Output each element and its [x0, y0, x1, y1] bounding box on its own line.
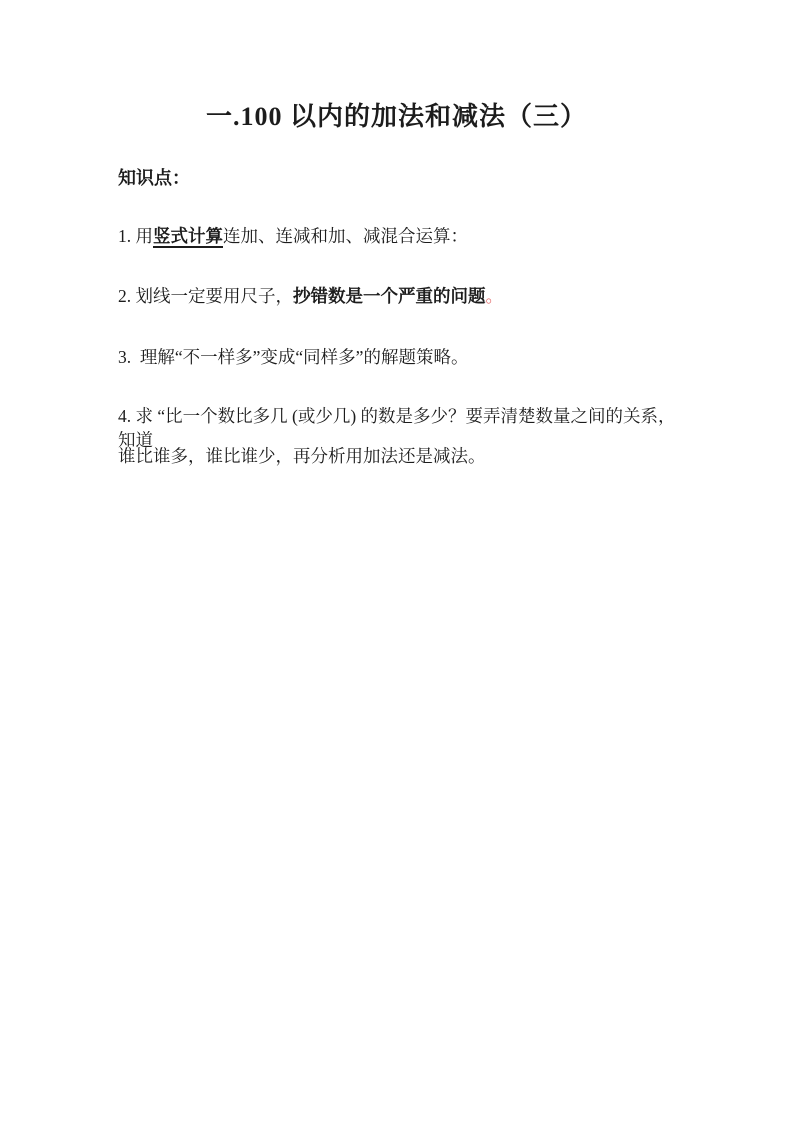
knowledge-point-2: 2. 划线一定要用尺子，抄错数是一个严重的问题。 — [118, 284, 683, 308]
page-title: 一.100 以内的加法和减法（三） — [0, 101, 793, 133]
point-1-key-term-underlined: 竖式计算 — [153, 226, 223, 246]
point-2-prefix: 2. 划线一定要用尺子， — [118, 286, 293, 306]
knowledge-points-label: 知识点： — [118, 166, 190, 190]
point-1-rest: 连加、连减和加、减混合运算： — [223, 226, 468, 246]
knowledge-point-4-line-2: 谁比谁多，谁比谁少，再分析用加法还是减法。 — [118, 444, 683, 468]
point-2-red-period: 。 — [486, 286, 504, 306]
document-page: 一.100 以内的加法和减法（三） 知识点： 1. 用竖式计算连加、连减和加、减… — [0, 0, 793, 1122]
point-2-bold-warning: 抄错数是一个严重的问题 — [293, 286, 486, 306]
knowledge-point-3: 3. 理解“不一样多”变成“同样多”的解题策略。 — [118, 345, 683, 369]
knowledge-point-1: 1. 用竖式计算连加、连减和加、减混合运算： — [118, 224, 683, 248]
point-1-prefix: 1. 用 — [118, 226, 153, 246]
